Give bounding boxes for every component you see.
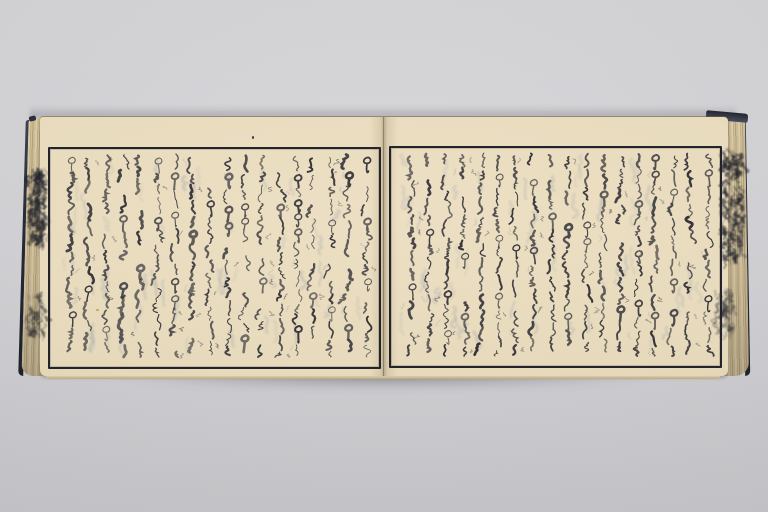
open-book xyxy=(0,0,768,512)
main-text-columns xyxy=(66,153,714,358)
photo-backdrop xyxy=(0,0,768,512)
paper-stain-speck xyxy=(96,309,99,311)
calligraphy-ink-layer xyxy=(0,0,768,512)
stray-ink-speck xyxy=(252,136,254,139)
